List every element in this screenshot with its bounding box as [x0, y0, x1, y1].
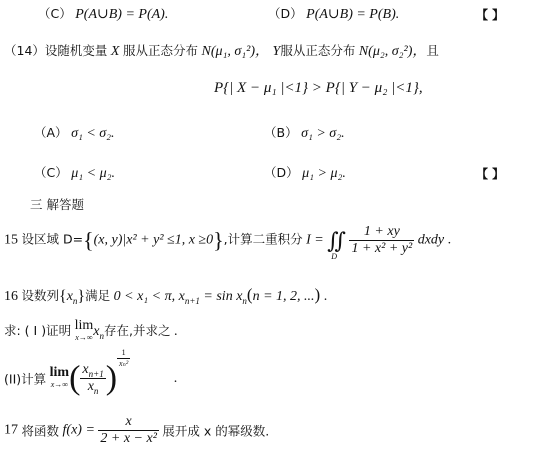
double-integral: ∬ D: [327, 228, 346, 254]
option-expr: μ₁ > μ₂.: [302, 166, 346, 181]
q14-answer-bracket: 【 】: [476, 165, 504, 182]
q14-option-b: （B） σ₁ > σ₂.: [264, 123, 345, 142]
option-expr: P(A∪B) = P(B).: [306, 7, 399, 22]
exponent-numerator: 1: [117, 348, 130, 359]
stem-text: 服从正态分布: [280, 43, 355, 58]
exponent-fraction: 1 xₙ²: [117, 348, 130, 369]
index-range: n = 1, 2, ...: [253, 289, 315, 304]
distribution-y: N(μ₂, σ₂²)，: [359, 44, 427, 59]
variable-x: X: [111, 44, 120, 59]
question-number: （14）: [4, 43, 45, 58]
stem-text: 设数列: [22, 288, 60, 303]
part-label: 求: ( I )证明: [4, 323, 71, 338]
distribution-x: N(μ₁, σ₁²)，: [202, 44, 270, 59]
lim-text: lim: [75, 320, 94, 332]
question-number: 16: [4, 289, 18, 304]
left-brace: {: [83, 228, 94, 253]
region-set: (x, y)|x² + y² ≤1, x ≥0: [94, 233, 213, 248]
section-title: 三 解答题: [30, 195, 84, 213]
period: .: [174, 324, 178, 339]
stem-text: 设随机变量: [45, 43, 108, 58]
option-label: （D）: [264, 165, 299, 180]
ratio-fraction: xn+1 xn: [80, 362, 105, 395]
lim-subscript: x→∞: [50, 379, 69, 391]
subscript: n+1: [185, 296, 200, 306]
option-label: （C）: [38, 6, 72, 21]
stem-text: 展开成 x 的幂级数.: [162, 424, 269, 439]
subscript: n+1: [89, 369, 104, 379]
option-label: （A）: [34, 125, 68, 140]
function-fraction: x 2 + x − x²: [98, 414, 159, 447]
left-paren: (: [69, 360, 80, 397]
stem-text: 满足: [85, 288, 110, 303]
differential: dxdy: [418, 233, 444, 248]
option-label: （B）: [264, 125, 298, 140]
numerator: 1 + xy: [349, 224, 414, 241]
integral-sign: ∬: [327, 228, 346, 253]
option-expr: σ₁ < σ₂.: [71, 126, 115, 141]
lim-text: lim: [50, 367, 69, 379]
period: .: [324, 289, 328, 304]
q16-part1: 求: ( I )证明 lim x→∞ xn存在,并求之 .: [4, 320, 177, 344]
q14-condition: P{| X − μ₁ |<1} > P{| Y − μ₂ |<1},: [214, 80, 423, 97]
integral-lhs: I =: [306, 233, 324, 248]
stem-text: 将函数: [22, 424, 60, 439]
recurrence: = sin x: [200, 289, 243, 304]
question-number: 15: [4, 233, 18, 248]
right-brace: }: [77, 288, 85, 305]
q13-option-c: （C） P(A∪B) = P(A).: [38, 4, 168, 23]
q13-answer-bracket: 【 】: [476, 6, 504, 23]
limit: lim x→∞: [75, 320, 94, 344]
stem-text: 设区域 D=: [22, 232, 84, 247]
option-label: （D）: [268, 6, 303, 21]
q13-option-d: （D） P(A∪B) = P(B).: [268, 4, 399, 23]
q16-stem: 16 设数列{xn}满足 0 < x₁ < π, xn+1 = sin xn(n…: [4, 285, 327, 306]
lim-subscript: x→∞: [75, 332, 94, 344]
stem-text: 存在,并求之: [104, 323, 170, 338]
denominator: 2 + x − x²: [98, 431, 159, 447]
right-brace: }: [213, 228, 224, 253]
integral-domain: D: [331, 252, 337, 261]
condition: 0 < x₁ < π, x: [114, 289, 185, 304]
period: .: [174, 371, 178, 386]
right-paren: ): [106, 360, 117, 397]
q14-option-c: （C） μ₁ < μ₂.: [34, 163, 115, 182]
denominator: 1 + x² + y²: [349, 241, 414, 257]
exponent-denominator: xₙ²: [117, 359, 130, 369]
q17: 17 将函数 f(x) = x 2 + x − x² 展开成 x 的幂级数.: [4, 414, 269, 447]
option-expr: σ₁ > σ₂.: [301, 126, 345, 141]
stem-text: 且: [426, 43, 439, 58]
q14-option-a: （A） σ₁ < σ₂.: [34, 123, 115, 142]
right-paren: ): [315, 285, 321, 304]
q14-stem: （14）设随机变量 X 服从正态分布 N(μ₁, σ₁²)， Y服从正态分布 N…: [4, 40, 439, 60]
q16-part2: (II)计算 lim x→∞ ( xn+1 xn ) 1 xₙ² .: [4, 362, 177, 395]
numerator: x: [98, 414, 159, 431]
q15: 15 设区域 D={(x, y)|x² + y² ≤1, x ≥0},计算二重积…: [4, 224, 451, 257]
limit: lim x→∞: [50, 367, 69, 391]
subscript: n: [94, 386, 99, 396]
integrand-fraction: 1 + xy 1 + x² + y²: [349, 224, 414, 257]
question-number: 17: [4, 423, 18, 438]
option-expr: P(A∪B) = P(A).: [75, 7, 168, 22]
part-label: (II)计算: [4, 372, 46, 387]
stem-text: ,计算二重积分: [224, 232, 303, 247]
stem-text: 服从正态分布: [123, 43, 198, 58]
option-expr: μ₁ < μ₂.: [71, 166, 115, 181]
option-label: （C）: [34, 165, 68, 180]
period: .: [448, 233, 452, 248]
function-lhs: f(x) =: [63, 423, 95, 438]
q14-option-d: （D） μ₁ > μ₂.: [264, 163, 346, 182]
left-brace: {: [59, 288, 67, 305]
